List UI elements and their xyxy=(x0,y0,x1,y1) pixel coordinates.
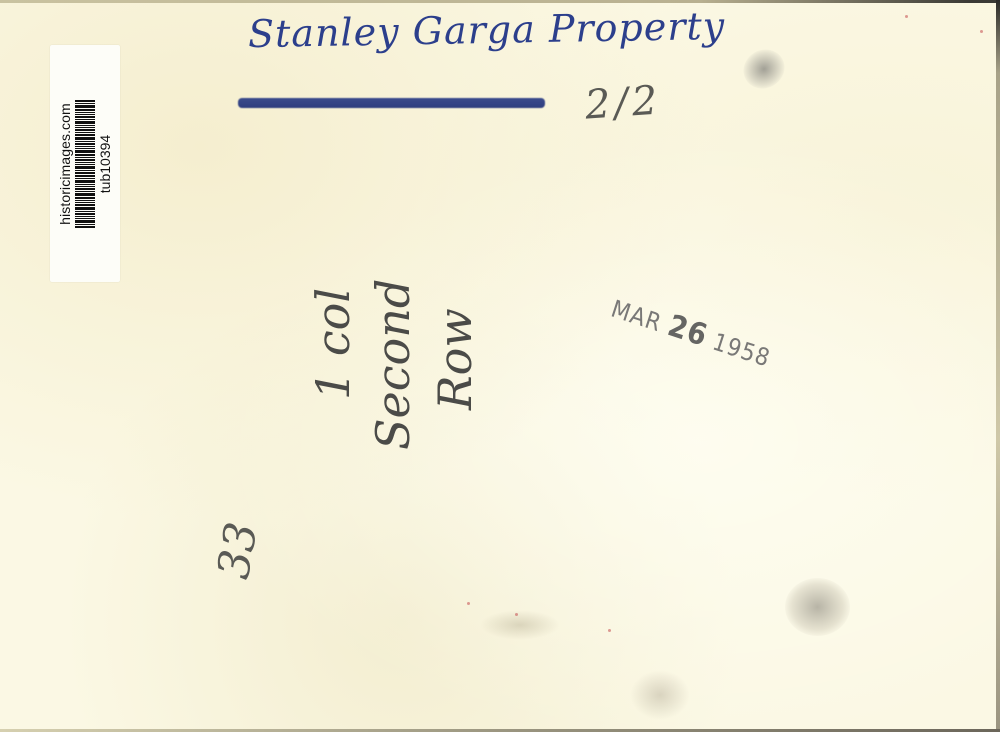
date-stamp: MAR 26 1958 xyxy=(607,290,775,374)
speck xyxy=(608,629,611,632)
note-line: Second xyxy=(366,279,420,450)
faint-stain xyxy=(480,610,560,640)
stamp-day: 26 xyxy=(664,308,712,354)
barcode-label: historicimages.com tub10394 xyxy=(50,45,120,282)
paper-edge-right xyxy=(996,0,1000,732)
stamp-month: MAR xyxy=(608,295,666,338)
paper-edge-top xyxy=(0,0,1000,3)
speck xyxy=(905,15,908,18)
speck xyxy=(515,613,518,616)
label-site: historicimages.com xyxy=(57,103,73,225)
handwritten-title: Stanley Garga Property xyxy=(248,4,726,56)
handwritten-fraction: 2/2 xyxy=(583,77,662,128)
speck xyxy=(980,30,983,33)
fingerprint-stain xyxy=(736,42,791,96)
smudge-stain xyxy=(785,578,850,636)
photo-back-paper: historicimages.com tub10394 Stanley Garg… xyxy=(0,0,1000,732)
title-underline xyxy=(238,98,545,108)
speck xyxy=(467,602,470,605)
barcode-icon xyxy=(75,99,95,228)
stamp-year: 1958 xyxy=(709,328,774,373)
note-line: 1 col xyxy=(306,288,360,400)
rotated-handwritten-note: 1 col Second Row xyxy=(368,180,498,510)
faint-stain xyxy=(630,670,690,720)
label-item-id: tub10394 xyxy=(97,134,113,192)
handwritten-number: 33 xyxy=(208,518,268,582)
note-line: Row xyxy=(428,308,482,410)
